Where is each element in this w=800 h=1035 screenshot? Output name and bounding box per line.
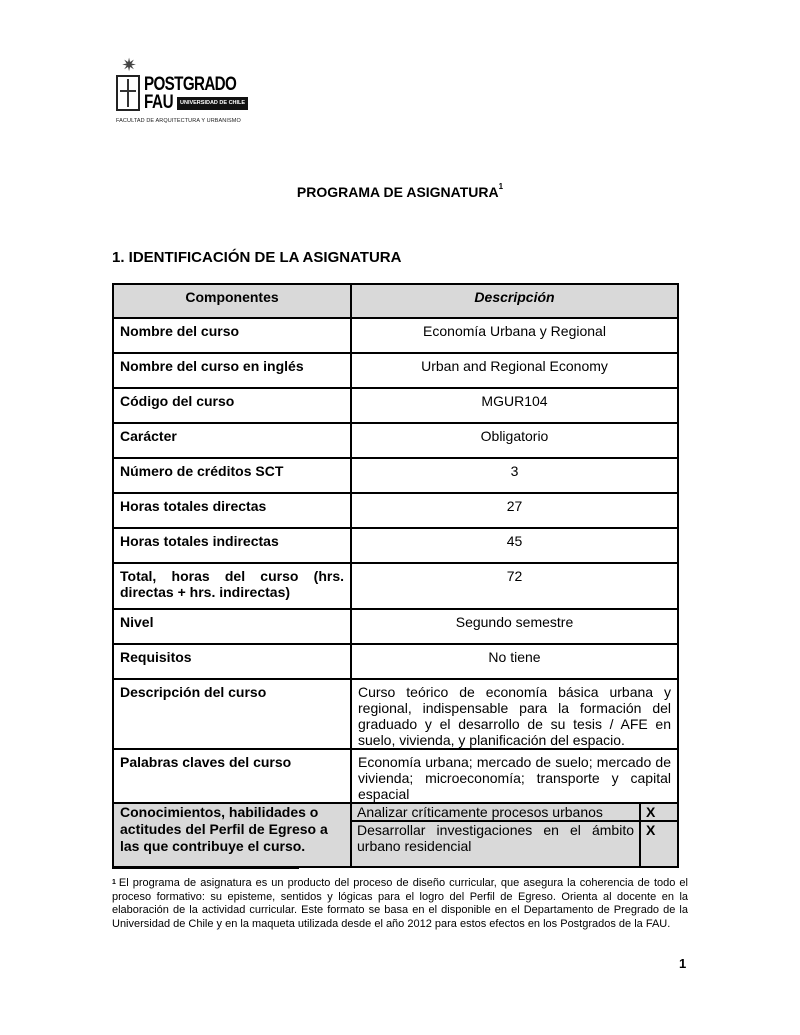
header-componentes: Componentes [113,284,351,318]
perfil-item-text: Desarrollar investigaciones en el ámbito… [352,821,640,866]
row-value: 3 [351,458,678,493]
perfil-item-mark: X [640,821,677,866]
footnote-separator [112,867,299,869]
row-value: Segundo semestre [351,609,678,644]
perfil-items-table: Analizar críticamente procesos urbanos X… [352,804,677,866]
row-value: 45 [351,528,678,563]
perfil-item-mark: X [640,804,677,821]
logo-subtitle: FACULTAD DE ARQUITECTURA Y URBANISMO [116,118,241,124]
table-row: Nombre del curso en inglés Urban and Reg… [113,353,678,388]
perfil-egreso-row: Conocimientos, habilidades o actitudes d… [113,803,678,867]
row-value: MGUR104 [351,388,678,423]
row-label: Nivel [113,609,351,644]
row-value: Obligatorio [351,423,678,458]
perfil-label: Conocimientos, habilidades o actitudes d… [113,803,351,867]
table-header-row: Componentes Descripción [113,284,678,318]
logo-line2: FAU [144,94,173,112]
postgrado-fau-logo: ✷ POSTGRADO FAU UNIVERSIDAD DE CHILE FAC… [112,55,262,130]
document-title-text: PROGRAMA DE ASIGNATURA [297,184,499,200]
table-row: Descripción del curso Curso teórico de e… [113,679,678,749]
section-title: 1. IDENTIFICACIÓN DE LA ASIGNATURA [112,249,401,266]
header-descripcion: Descripción [351,284,678,318]
footnote-number: 1 [112,879,116,886]
row-value: Urban and Regional Economy [351,353,678,388]
row-label: Nombre del curso en inglés [113,353,351,388]
row-label: Número de créditos SCT [113,458,351,493]
row-value: No tiene [351,644,678,679]
identification-table: Componentes Descripción Nombre del curso… [112,283,679,868]
sun-emblem-icon: ✷ [118,55,140,75]
footnote-text: El programa de asignatura es un producto… [112,877,688,930]
row-value: Economía urbana; mercado de suelo; merca… [351,749,678,803]
row-label: Nombre del curso [113,318,351,353]
row-label: Horas totales indirectas [113,528,351,563]
table-row: Nombre del curso Economía Urbana y Regio… [113,318,678,353]
footnote-ref: 1 [499,182,503,191]
row-value: Economía Urbana y Regional [351,318,678,353]
table-row: Número de créditos SCT 3 [113,458,678,493]
table-row: Requisitos No tiene [113,644,678,679]
footnote: 1El programa de asignatura es un product… [112,877,688,931]
row-label: Código del curso [113,388,351,423]
row-value: 72 [351,563,678,609]
logo-badge: UNIVERSIDAD DE CHILE [177,97,248,110]
table-row: Horas totales indirectas 45 [113,528,678,563]
row-label: Carácter [113,423,351,458]
perfil-item: Analizar críticamente procesos urbanos X [352,804,677,821]
row-label: Palabras claves del curso [113,749,351,803]
document-title: PROGRAMA DE ASIGNATURA1 [0,184,800,200]
table-row: Palabras claves del curso Economía urban… [113,749,678,803]
table-row: Total, horas del curso (hrs. directas + … [113,563,678,609]
perfil-items-cell: Analizar críticamente procesos urbanos X… [351,803,678,867]
university-crest-icon [116,75,140,111]
table-row: Carácter Obligatorio [113,423,678,458]
table-row: Horas totales directas 27 [113,493,678,528]
row-value: 27 [351,493,678,528]
page-number: 1 [679,956,686,971]
row-label: Descripción del curso [113,679,351,749]
perfil-item: Desarrollar investigaciones en el ámbito… [352,821,677,866]
row-label: Requisitos [113,644,351,679]
perfil-item-text: Analizar críticamente procesos urbanos [352,804,640,821]
row-label: Total, horas del curso (hrs. directas + … [113,563,351,609]
row-value: Curso teórico de economía básica urbana … [351,679,678,749]
table-row: Código del curso MGUR104 [113,388,678,423]
table-row: Nivel Segundo semestre [113,609,678,644]
row-label: Horas totales directas [113,493,351,528]
